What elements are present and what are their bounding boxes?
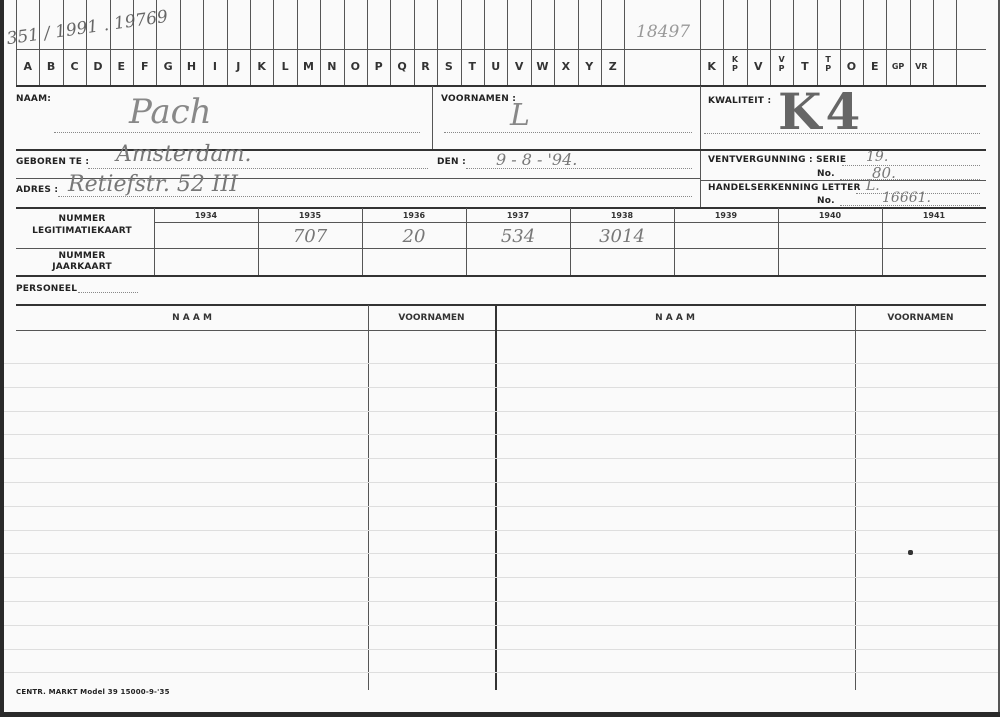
index-letter-h[interactable]: H <box>180 60 203 73</box>
ruled-line <box>4 577 998 578</box>
personeel-col-naam-1: N A A M <box>16 313 368 323</box>
adres-label: ADRES : <box>16 185 58 195</box>
voornamen-label: VOORNAMEN : <box>441 94 516 104</box>
index-letter-q[interactable]: Q <box>390 60 413 73</box>
personeel-header-line <box>16 330 986 331</box>
index-letter-f[interactable]: F <box>133 60 156 73</box>
index-letter-n[interactable]: N <box>320 60 343 73</box>
index-letter-k[interactable]: K <box>250 60 273 73</box>
naam-label: NAAM: <box>16 94 51 104</box>
naam-divider <box>432 86 433 149</box>
personeel-label: PERSONEEL <box>16 284 77 294</box>
category-cell-e[interactable]: E <box>863 60 886 73</box>
index-grid-line <box>624 0 625 85</box>
year-header-1936: 1936 <box>362 211 466 220</box>
legitimatiekaart-cell-1935[interactable]: 707 <box>258 226 362 247</box>
registration-card: 351 / 1991 . 19769 18497 ABCDEFGHIJKLMNO… <box>4 0 1000 712</box>
index-letter-w[interactable]: W <box>531 60 554 73</box>
year-header-1937: 1937 <box>466 211 570 220</box>
handelserkenning-no-line <box>840 205 980 206</box>
print-info: CENTR. MARKT Model 39 15000-9-'35 <box>16 688 170 696</box>
handwritten-reference-numbers: 351 / 1991 . 19769 <box>5 7 169 49</box>
den-value[interactable]: 9 - 8 - '94. <box>496 150 577 169</box>
index-grid-line <box>910 0 911 85</box>
ruled-line <box>4 387 998 388</box>
right-panel-divider <box>700 86 701 208</box>
jaarkaart-label-line2: JAARKAART <box>16 262 148 272</box>
index-letter-s[interactable]: S <box>437 60 460 73</box>
index-letter-p[interactable]: P <box>367 60 390 73</box>
index-letter-a[interactable]: A <box>16 60 39 73</box>
personeel-field-line <box>78 292 138 293</box>
adres-field-line <box>58 196 692 197</box>
den-label: DEN : <box>437 157 466 167</box>
year-header-1935: 1935 <box>258 211 362 220</box>
index-letter-v[interactable]: V <box>507 60 530 73</box>
category-cell-tp[interactable]: TP <box>817 55 840 73</box>
year-header-1941: 1941 <box>882 211 986 220</box>
ruled-line <box>4 601 998 602</box>
index-letter-x[interactable]: X <box>554 60 577 73</box>
ruled-line <box>4 434 998 435</box>
ruled-line <box>4 363 998 364</box>
category-cell-t[interactable]: T <box>793 60 816 73</box>
category-bottom: P <box>770 64 793 73</box>
naam-value[interactable]: Pach <box>129 92 212 132</box>
handelserkenning-no-label: No. <box>817 196 835 206</box>
ruled-line <box>4 458 998 459</box>
ruled-line <box>4 553 998 554</box>
category-bottom: P <box>817 64 840 73</box>
index-letter-r[interactable]: R <box>414 60 437 73</box>
personeel-col-voornamen-2: VOORNAMEN <box>855 313 986 323</box>
ruled-line <box>4 506 998 507</box>
index-letter-t[interactable]: T <box>461 60 484 73</box>
legitimatiekaart-label-line2: LEGITIMATIEKAART <box>16 226 148 236</box>
handelserkenning-letter-label: HANDELSERKENNING LETTER <box>708 183 861 193</box>
ventvergunning-no-label: No. <box>817 169 835 179</box>
index-letter-d[interactable]: D <box>86 60 109 73</box>
den-field-line <box>466 168 692 169</box>
ruled-line <box>4 530 998 531</box>
legitimatiekaart-cell-1937[interactable]: 534 <box>466 226 570 247</box>
category-top: K <box>723 55 746 64</box>
handelserkenning-no-value[interactable]: 16661. <box>882 190 931 206</box>
voornamen-field-line <box>444 132 692 133</box>
category-cell-gp[interactable]: GP <box>886 62 909 71</box>
address-row-bottom-line <box>16 207 986 209</box>
kwaliteit-label: KWALITEIT : <box>708 96 771 106</box>
category-cell-v[interactable]: V <box>747 60 770 73</box>
category-cell-vr[interactable]: VR <box>910 62 933 71</box>
geboren-field-line <box>88 168 428 169</box>
category-bottom: P <box>723 64 746 73</box>
handwritten-card-number: 18497 <box>636 22 690 42</box>
index-letter-g[interactable]: G <box>156 60 179 73</box>
ventvergunning-serie-label: VENTVERGUNNING : SERIE <box>708 155 846 165</box>
index-grid-line <box>956 0 957 85</box>
index-letter-m[interactable]: M <box>297 60 320 73</box>
ruled-line <box>4 649 998 650</box>
index-letter-l[interactable]: L <box>273 60 296 73</box>
index-letter-z[interactable]: Z <box>601 60 624 73</box>
naam-field-line <box>54 132 420 133</box>
voornamen-value[interactable]: L <box>510 98 530 133</box>
year-header-1940: 1940 <box>778 211 882 220</box>
ruled-line <box>4 625 998 626</box>
index-grid-line <box>886 0 887 85</box>
personeel-col-naam-2: N A A M <box>495 313 855 323</box>
legitimatiekaart-cell-1936[interactable]: 20 <box>362 226 466 247</box>
legitimatiekaart-cell-1938[interactable]: 3014 <box>570 226 674 247</box>
ruled-line <box>4 411 998 412</box>
category-top: V <box>770 55 793 64</box>
jaarkaart-label-line1: NUMMER <box>16 251 148 261</box>
category-cell-o[interactable]: O <box>840 60 863 73</box>
index-letter-j[interactable]: J <box>227 60 250 73</box>
index-grid-line <box>933 0 934 85</box>
index-letter-c[interactable]: C <box>63 60 86 73</box>
category-cell-kp[interactable]: KP <box>723 55 746 73</box>
kwaliteit-field-line <box>704 133 980 134</box>
index-letter-b[interactable]: B <box>39 60 62 73</box>
index-letter-y[interactable]: Y <box>578 60 601 73</box>
index-letter-e[interactable]: E <box>110 60 133 73</box>
handelserkenning-letter-value[interactable]: L. <box>866 178 880 194</box>
year-header-1938: 1938 <box>570 211 674 220</box>
category-top: T <box>817 55 840 64</box>
category-cell-k[interactable]: K <box>700 60 723 73</box>
personeel-table-top-line <box>16 304 986 306</box>
year-header-1939: 1939 <box>674 211 778 220</box>
ventvergunning-bottom-line <box>700 180 986 181</box>
geboren-label: GEBOREN TE : <box>16 157 89 167</box>
geboren-value[interactable]: Amsterdam. <box>116 142 251 167</box>
index-letter-u[interactable]: U <box>484 60 507 73</box>
ink-spot <box>908 550 913 555</box>
ventvergunning-serie-line <box>842 165 980 166</box>
ventvergunning-serie-value[interactable]: 19. <box>866 149 888 165</box>
ruled-line <box>4 672 998 673</box>
year-table-bottom-line <box>16 275 986 277</box>
year-header-1934: 1934 <box>154 211 258 220</box>
adres-value[interactable]: Retiefstr. 52 III <box>68 172 238 197</box>
legitimatiekaart-row-line <box>16 248 986 249</box>
ruled-line <box>4 482 998 483</box>
index-letter-i[interactable]: I <box>203 60 226 73</box>
category-cell-vp[interactable]: VP <box>770 55 793 73</box>
index-letter-o[interactable]: O <box>344 60 367 73</box>
personeel-col-voornamen-1: VOORNAMEN <box>368 313 495 323</box>
legitimatiekaart-label-line1: NUMMER <box>16 214 148 224</box>
